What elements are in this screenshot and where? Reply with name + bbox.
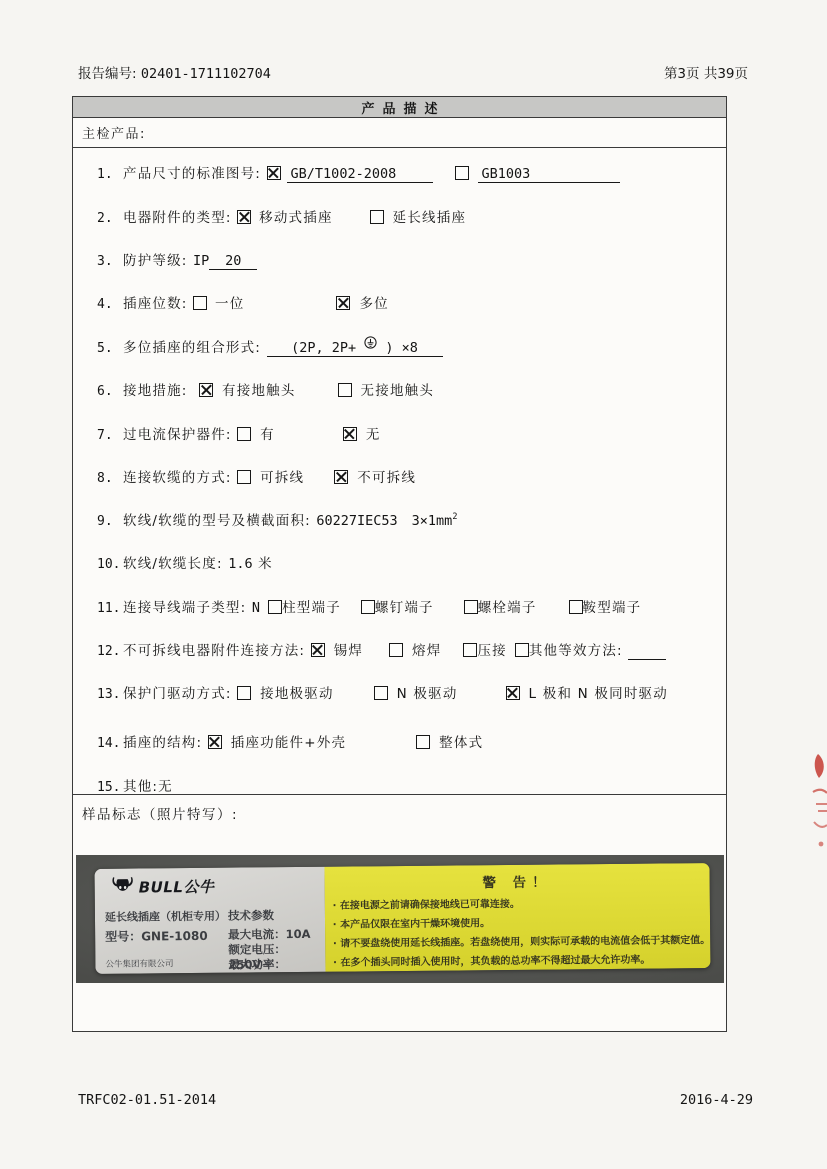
checkbox-unchecked	[374, 686, 388, 700]
item-number: 6.	[97, 384, 123, 399]
checkbox-unchecked	[463, 643, 477, 657]
spacer	[507, 654, 515, 655]
item-text: L 极和 N 极同时驱动	[529, 686, 668, 702]
item-text: N 极驱动	[397, 686, 458, 702]
form-item-14: 14.插座的结构: 插座功能件+外壳整体式	[97, 731, 483, 751]
item-number: 3.	[97, 254, 123, 269]
item-text: 保护门驱动方式:	[123, 686, 237, 702]
item-text: 插座功能件+外壳	[231, 735, 346, 751]
page-indicator: 第3页 共39页	[664, 62, 748, 82]
item-text: 软线/软缆长度:	[123, 556, 228, 572]
item-text: 压接	[477, 643, 506, 659]
form-item-13: 13.保护门驱动方式: 接地极驱动N 极驱动L 极和 N 极同时驱动	[97, 682, 668, 702]
checkbox-checked	[336, 296, 350, 310]
item-text: 无接地触头	[361, 383, 435, 399]
item-text: 其他等效方法:	[529, 643, 628, 659]
page-header: 报告编号: 02401-1711102704 第3页 共39页	[78, 62, 748, 82]
product-line-text: 延长线插座（机柜专用）	[105, 908, 226, 925]
item-text: 熔焊	[412, 643, 441, 659]
form-title: 产品描述	[361, 98, 445, 117]
form-item-1: 1.产品尺寸的标准图号: GB/T1002-2008GB1003	[97, 162, 620, 183]
item-text: 米	[253, 556, 273, 572]
form-item-7: 7.过电流保护器件: 有无	[97, 423, 381, 443]
item-number: 7.	[97, 428, 123, 443]
item-text: 一位	[215, 296, 244, 312]
checkbox-unchecked	[464, 600, 478, 614]
form-item-8: 8.连接软缆的方式: 可拆线不可拆线	[97, 466, 416, 486]
checkbox-checked	[267, 166, 281, 180]
checkbox-checked	[208, 735, 222, 749]
page-footer: TRFC02-01.51-2014 2016-4-29	[78, 1092, 753, 1108]
checkbox-checked	[506, 686, 520, 700]
bull-logo-icon	[111, 877, 135, 898]
spacer	[469, 177, 478, 178]
spacer	[433, 177, 455, 178]
checkbox-unchecked	[416, 735, 430, 749]
spacer	[398, 524, 412, 525]
red-stamp-fragment	[805, 752, 827, 852]
spacer	[251, 697, 260, 698]
superscript: 2	[452, 512, 457, 522]
item-number: 8.	[97, 471, 123, 486]
main-product-row: 主检产品:	[73, 118, 726, 148]
item-text: 无	[366, 427, 381, 443]
item-text: 不可拆线电器附件连接方法:	[123, 643, 311, 659]
form-item-11: 11.连接导线端子类型: N 柱型端子螺钉端子螺栓端子鞍型端子	[97, 596, 641, 616]
report-number: 报告编号: 02401-1711102704	[78, 62, 271, 82]
item-number: 1.	[97, 167, 123, 182]
spacer	[346, 746, 416, 747]
report-number-label: 报告编号:	[78, 66, 141, 82]
item-text: 接地措施:	[123, 383, 193, 399]
checkbox-unchecked	[569, 600, 583, 614]
underlined-value: (2P, 2P+ ) ×8	[267, 336, 443, 357]
form-item-6: 6.接地措施: 有接地触头无接地触头	[97, 379, 434, 399]
item-text: (2P, 2P+	[291, 340, 364, 356]
checkbox-checked	[311, 643, 325, 657]
item-number: 13.	[97, 687, 123, 702]
spacer	[251, 221, 259, 222]
spacer	[275, 438, 343, 439]
item-text: 防护等级:	[123, 253, 193, 269]
item-text: 移动式插座	[259, 210, 333, 226]
item-text: 60227IEC53	[316, 513, 397, 529]
item-text: 可拆线	[260, 470, 304, 486]
item-number: 10.	[97, 557, 123, 572]
form-title-bar: 产品描述	[73, 97, 726, 118]
form-item-15: 15.其他:无	[97, 775, 173, 795]
report-number-value: 02401-1711102704	[141, 66, 271, 82]
spacer	[520, 697, 529, 698]
spacer	[251, 481, 260, 482]
max-power-text: 最大功率：2500W	[228, 956, 325, 974]
spacer	[244, 307, 336, 308]
spacer	[384, 221, 393, 222]
spacer	[334, 697, 374, 698]
warning-line: 在多个插头同时插入使用时，其负载的总功率不得超过最大允许功率。	[333, 950, 710, 973]
underlined-value: GB1003	[478, 166, 620, 183]
item-number: 5.	[97, 341, 123, 356]
spacer	[222, 746, 231, 747]
spacer	[430, 746, 439, 747]
item-number: 15.	[97, 780, 123, 795]
spacer	[388, 697, 397, 698]
item-number: 11.	[97, 601, 123, 616]
brand-name: BULL公牛	[139, 876, 215, 898]
item-text: 螺钉端子	[375, 600, 434, 616]
product-description-form: 产品描述 主检产品: 1.产品尺寸的标准图号: GB/T1002-2008GB1…	[72, 96, 727, 1032]
item-number: 12.	[97, 644, 123, 659]
item-text: 接地极驱动	[260, 686, 334, 702]
checkbox-unchecked	[361, 600, 375, 614]
form-item-12: 12.不可拆线电器附件连接方法: 锡焊熔焊压接其他等效方法:	[97, 639, 666, 660]
checkbox-unchecked	[515, 643, 529, 657]
spacer	[441, 654, 463, 655]
item-text: 产品尺寸的标准图号:	[123, 166, 267, 182]
item-text: 1.6	[228, 556, 252, 572]
spacer	[458, 697, 506, 698]
item-text: N	[252, 600, 268, 616]
checkbox-unchecked	[237, 427, 251, 441]
report-page: 报告编号: 02401-1711102704 第3页 共39页 产品描述 主检产…	[0, 0, 827, 1169]
tech-params-title: 技术参数	[228, 907, 274, 923]
spacer	[207, 307, 215, 308]
checkbox-checked	[334, 470, 348, 484]
spacer	[352, 394, 361, 395]
item-text: 不可拆线	[357, 470, 416, 486]
checkbox-unchecked	[389, 643, 403, 657]
item-text: 3×1mm	[412, 513, 453, 529]
spacer	[296, 394, 338, 395]
item-text: 插座的结构:	[123, 735, 208, 751]
brand-row: BULL公牛	[111, 876, 215, 898]
item-text: 连接软缆的方式:	[123, 470, 237, 486]
product-label: BULL公牛 延长线插座（机柜专用） 型号：GNE-1080 公牛集团有限公司 …	[95, 863, 711, 974]
label-photo: BULL公牛 延长线插座（机柜专用） 型号：GNE-1080 公牛集团有限公司 …	[76, 855, 724, 983]
checkbox-unchecked	[338, 383, 352, 397]
item-text: 多位插座的组合形式:	[123, 340, 267, 356]
form-item-4: 4.插座位数: 一位多位	[97, 292, 389, 312]
warning-line: 请不要盘绕使用延长线插座。若盘绕使用，则实际可承载的电流值会低于其额定值。	[333, 931, 710, 954]
item-number: 14.	[97, 736, 123, 751]
item-text: 电器附件的类型:	[123, 210, 237, 226]
checkbox-unchecked	[370, 210, 384, 224]
spacer	[341, 611, 361, 612]
checkbox-checked	[199, 383, 213, 397]
item-text: 整体式	[439, 735, 483, 751]
label-left-panel: BULL公牛 延长线插座（机柜专用） 型号：GNE-1080 公牛集团有限公司 …	[95, 867, 326, 974]
main-product-label: 主检产品:	[82, 123, 146, 142]
form-item-5: 5.多位插座的组合形式: (2P, 2P+ ) ×8	[97, 336, 443, 357]
sample-mark-section: 样品标志（照片特写）: BULL公牛 延长线插座（机柜专用） 型号：GNE-10…	[73, 795, 726, 1031]
item-number: 4.	[97, 297, 123, 312]
underlined-value	[628, 643, 666, 660]
item-text: 螺栓端子	[478, 600, 537, 616]
footer-form-code: TRFC02-01.51-2014	[78, 1092, 216, 1108]
item-number: 9.	[97, 514, 123, 529]
spacer	[213, 394, 222, 395]
company-text: 公牛集团有限公司	[105, 957, 173, 970]
checkbox-unchecked	[455, 166, 469, 180]
item-number: 2.	[97, 211, 123, 226]
item-text: 软线/软缆的型号及横截面积:	[123, 513, 316, 529]
spacer	[251, 438, 260, 439]
footer-date: 2016-4-29	[680, 1092, 753, 1108]
spacer	[403, 654, 412, 655]
underlined-value: GB/T1002-2008	[287, 166, 433, 183]
item-text: 延长线插座	[393, 210, 467, 226]
item-text: 过电流保护器件:	[123, 427, 237, 443]
item-text: 锡焊	[334, 643, 363, 659]
form-item-2: 2.电器附件的类型: 移动式插座延长线插座	[97, 206, 466, 226]
checkbox-unchecked	[237, 686, 251, 700]
form-item-10: 10.软线/软缆长度: 1.6 米	[97, 552, 273, 572]
form-items-box: 1.产品尺寸的标准图号: GB/T1002-2008GB10032.电器附件的类…	[73, 148, 726, 795]
checkbox-checked	[237, 210, 251, 224]
warning-list: 在接电源之前请确保接地线已可靠连接。本产品仅限在室内干燥环境使用。请不要盘绕使用…	[333, 893, 711, 973]
warning-title: 警 告！	[324, 869, 709, 893]
item-text: 鞍型端子	[583, 600, 642, 616]
item-text: 有接地触头	[222, 383, 296, 399]
item-text: 柱型端子	[282, 600, 341, 616]
item-text: 有	[260, 427, 275, 443]
underlined-value: 20	[209, 253, 257, 270]
item-text: 多位	[359, 296, 388, 312]
spacer	[537, 611, 569, 612]
item-text: 插座位数:	[123, 296, 193, 312]
item-text: 其他:无	[123, 779, 173, 795]
model-text: 型号：GNE-1080	[105, 927, 208, 945]
checkbox-unchecked	[237, 470, 251, 484]
warning-panel: 警 告！ 在接电源之前请确保接地线已可靠连接。本产品仅限在室内干燥环境使用。请不…	[324, 863, 710, 972]
spacer	[363, 654, 389, 655]
form-item-9: 9.软线/软缆的型号及横截面积: 60227IEC533×1mm2	[97, 509, 457, 529]
item-text: 连接导线端子类型:	[123, 600, 252, 616]
spacer	[304, 481, 334, 482]
sample-mark-label: 样品标志（照片特写）:	[73, 795, 726, 823]
earth-ground-icon	[364, 336, 377, 353]
item-text: IP	[193, 253, 209, 269]
checkbox-checked	[343, 427, 357, 441]
spacer	[333, 221, 370, 222]
spacer	[357, 438, 366, 439]
checkbox-unchecked	[268, 600, 282, 614]
spacer	[434, 611, 464, 612]
item-text: ) ×8	[377, 340, 418, 356]
spacer	[348, 481, 357, 482]
spacer	[325, 654, 334, 655]
form-item-3: 3.防护等级: IP20	[97, 249, 257, 270]
checkbox-unchecked	[193, 296, 207, 310]
